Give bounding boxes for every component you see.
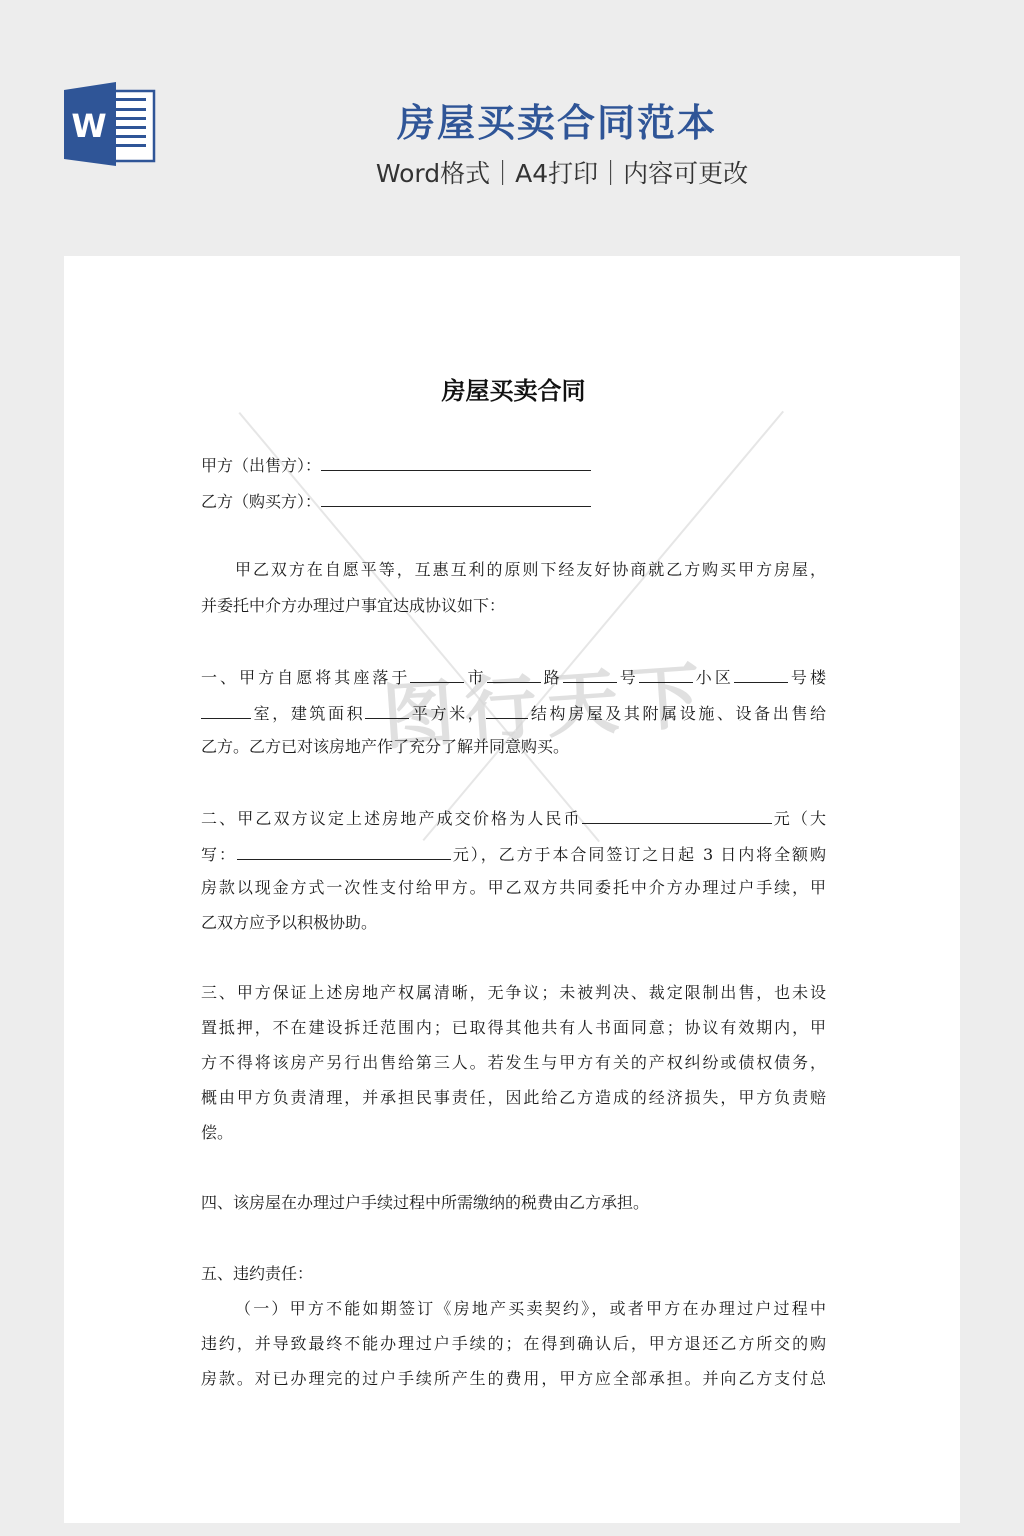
- price-field[interactable]: [582, 807, 772, 824]
- clause-4-line-1: 四、该房屋在办理过户手续过程中所需缴纳的税费由乙方承担。: [201, 1193, 649, 1213]
- building-field[interactable]: [734, 666, 788, 683]
- number-field[interactable]: [563, 666, 617, 683]
- party-b-label: 乙方（购买方）：: [201, 492, 321, 511]
- intro-line-2: 并委托中介方办理过户事宜达成协议如下：: [201, 596, 505, 616]
- clause-3-line-2: 置抵押，不在建设拆迁范围内；已取得其他共有人书面同意；协议有效期内，甲: [201, 1018, 826, 1038]
- clause-1-line-2: 室，建筑面积平方米，结构房屋及其附属设施、设备出售给: [201, 702, 826, 724]
- intro-line-1: 甲乙双方在自愿平等，互惠互利的原则下经友好协商就乙方购买甲方房屋，: [235, 560, 826, 580]
- clause-2-line-3: 房款以现金方式一次性支付给甲方。甲乙双方共同委托中介方办理过户手续，甲: [201, 878, 826, 898]
- city-field[interactable]: [410, 666, 464, 683]
- clause-5-sub-1-line-2: 违约，并导致最终不能办理过户手续的；在得到确认后，甲方退还乙方所交的购: [201, 1334, 826, 1354]
- banner-title: 房屋买卖合同范本: [0, 92, 1024, 147]
- party-a-line: 甲方（出售方）：: [201, 454, 591, 476]
- structure-field[interactable]: [486, 702, 528, 719]
- clause-2-line-4: 乙双方应予以积极协助。: [201, 913, 377, 933]
- room-field[interactable]: [201, 702, 251, 719]
- clause-5-sub-1-line-3: 房款。对已办理完的过户手续所产生的费用，甲方应全部承担。并向乙方支付总: [201, 1369, 826, 1389]
- party-a-field[interactable]: [321, 454, 591, 471]
- clause-2-line-1: 二、甲乙双方议定上述房地产成交价格为人民币元（大: [201, 807, 826, 829]
- clause-1-line-1: 一、甲方自愿将其座落于市路号小区号楼: [201, 666, 826, 688]
- clause-2-line-2: 写：元），乙方于本合同签订之日起 3 日内将全额购: [201, 843, 826, 865]
- clause-5-heading: 五、违约责任：: [201, 1264, 313, 1284]
- price-uppercase-field[interactable]: [237, 843, 451, 860]
- document-title: 房屋买卖合同: [201, 371, 826, 406]
- party-b-line: 乙方（购买方）：: [201, 490, 591, 512]
- clause-3-line-4: 概由甲方负责清理，并承担民事责任，因此给乙方造成的经济损失，甲方负责赔: [201, 1088, 826, 1108]
- watermark-line: [238, 412, 599, 842]
- document-page: 图行天下 房屋买卖合同 甲方（出售方）： 乙方（购买方）： 甲乙双方在自愿平等，…: [64, 256, 960, 1523]
- clause-5-sub-1-line-1: （一）甲方不能如期签订《房地产买卖契约》，或者甲方在办理过户过程中: [235, 1299, 826, 1319]
- clause-3-line-1: 三、甲方保证上述房地产权属清晰，无争议；未被判决、裁定限制出售，也未设: [201, 983, 826, 1003]
- road-field[interactable]: [487, 666, 541, 683]
- clause-3-line-5: 偿。: [201, 1123, 233, 1143]
- party-b-field[interactable]: [321, 490, 591, 507]
- clause-1-line-3: 乙方。乙方已对该房地产作了充分了解并同意购买。: [201, 737, 569, 757]
- community-field[interactable]: [639, 666, 693, 683]
- banner-subtitle: Word格式｜A4打印｜内容可更改: [0, 154, 1024, 190]
- clause-3-line-3: 方不得将该房产另行出售给第三人。若发生与甲方有关的产权纠纷或债权债务，: [201, 1053, 826, 1073]
- area-field[interactable]: [365, 702, 409, 719]
- party-a-label: 甲方（出售方）：: [201, 456, 321, 475]
